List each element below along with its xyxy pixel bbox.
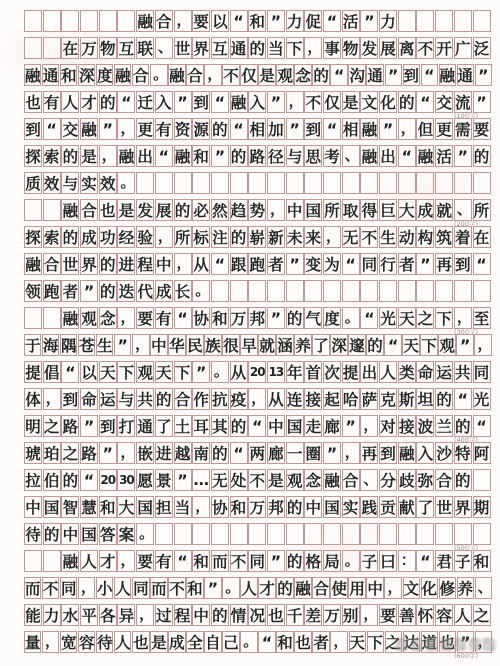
grid-cell: 到 bbox=[304, 118, 322, 140]
grid-row: 到“交融”，更有资源的“相加”到“相融”，但更需要 bbox=[24, 118, 492, 140]
grid-cell bbox=[211, 172, 229, 194]
grid-cell bbox=[43, 37, 61, 59]
grid-cell bbox=[248, 523, 266, 545]
grid-cell: 未 bbox=[286, 226, 304, 248]
grid-cell: ， bbox=[474, 334, 491, 356]
grid-cell: 作 bbox=[192, 388, 210, 410]
grid-cell bbox=[435, 10, 453, 32]
grid-cell: 融 bbox=[114, 64, 131, 86]
grid-row: 中国智慧和大国担当，协和万邦的中国实践贡献了世界期 bbox=[24, 496, 492, 518]
grid-cell: ” bbox=[267, 91, 285, 113]
grid-row: 质效与实效。 bbox=[24, 172, 492, 194]
grid-cell: 效 bbox=[99, 172, 117, 194]
row-cells: 于海隅苍生”，中华民族很早就涵养了深邃的“天下观”， bbox=[24, 334, 492, 356]
row-cells: 融合世界的进程中，从“跟跑者”变为“同行者”再到“ bbox=[24, 253, 492, 275]
grid-cell: 土 bbox=[174, 415, 192, 437]
grid-cell: 发 bbox=[360, 37, 378, 59]
grid-cell: 和 bbox=[186, 577, 203, 599]
grid-cell: 坦 bbox=[416, 388, 434, 410]
grid-cell: 和 bbox=[192, 145, 210, 167]
grid-cell: 国 bbox=[323, 496, 341, 518]
grid-cell: 也 bbox=[132, 631, 149, 653]
grid-cell bbox=[24, 10, 42, 32]
grid-cell: 的 bbox=[230, 226, 248, 248]
grid-cell bbox=[43, 199, 61, 221]
grid-cell bbox=[174, 523, 192, 545]
grid-cell: 宽 bbox=[60, 631, 77, 653]
grid-cell: 而 bbox=[24, 577, 41, 599]
grid-cell: 珀 bbox=[43, 442, 61, 464]
row-cells: 量，宽容待人也是成全自己。“和也者，天下之达道也”， bbox=[24, 631, 492, 653]
grid-cell: 和 bbox=[60, 64, 77, 86]
grid-cell: 度 bbox=[96, 64, 113, 86]
grid-cell: 行 bbox=[379, 253, 397, 275]
grid-cell: 献 bbox=[398, 496, 416, 518]
grid-cell: 接 bbox=[304, 388, 322, 410]
grid-cell: 分 bbox=[379, 469, 397, 491]
grid-cell: 大 bbox=[117, 496, 135, 518]
grid-cell: 不 bbox=[222, 64, 239, 86]
grid-cell: ” bbox=[174, 469, 192, 491]
grid-cell: 气 bbox=[304, 307, 322, 329]
grid-cell: 是 bbox=[117, 199, 135, 221]
grid-cell: ” bbox=[192, 361, 210, 383]
grid-cell: 通 bbox=[136, 415, 154, 437]
grid-cell: 沙 bbox=[435, 442, 453, 464]
grid-cell: ， bbox=[360, 604, 378, 626]
grid-cell: 到 bbox=[24, 118, 42, 140]
grid-cell: 命 bbox=[416, 361, 434, 383]
grid-cell: 的 bbox=[286, 496, 304, 518]
grid-cell: ” bbox=[267, 550, 285, 572]
grid-cell: 类 bbox=[398, 361, 416, 383]
grid-cell: 到 bbox=[99, 415, 117, 437]
grid-cell bbox=[454, 280, 472, 302]
grid-cell: “ bbox=[454, 388, 472, 410]
grid-cell: 。 bbox=[222, 577, 239, 599]
grid-cell: 物 bbox=[342, 37, 360, 59]
grid-cell: 平 bbox=[80, 604, 98, 626]
grid-cell: 的 bbox=[454, 415, 472, 437]
row-cells: 质效与实效。 bbox=[24, 172, 492, 194]
grid-cell: 的 bbox=[99, 280, 117, 302]
grid-cell: 邦 bbox=[267, 496, 285, 518]
grid-cell bbox=[473, 10, 491, 32]
grid-cell: ， bbox=[78, 577, 95, 599]
grid-cell: 界 bbox=[80, 253, 98, 275]
grid-cell: 融 bbox=[439, 64, 456, 86]
grid-cell bbox=[230, 280, 248, 302]
grid-cell: 有 bbox=[43, 91, 61, 113]
grid-cell bbox=[398, 523, 416, 545]
grid-cell: ” bbox=[267, 307, 285, 329]
grid-cell: 深 bbox=[78, 64, 95, 86]
grid-cell: 中 bbox=[192, 604, 210, 626]
grid-cell: 合 bbox=[80, 199, 98, 221]
grid-cell: 力 bbox=[43, 604, 61, 626]
row-cells: 到“交融”，更有资源的“相加”到“相融”，但更需要 bbox=[24, 118, 492, 140]
grid-cell: 之 bbox=[473, 604, 491, 626]
grid-cell: ” bbox=[456, 334, 473, 356]
grid-cell: 期 bbox=[473, 496, 491, 518]
grid-cell: ， bbox=[342, 442, 360, 464]
grid-cell: 族 bbox=[204, 334, 221, 356]
grid-cell: 索 bbox=[43, 145, 61, 167]
grid-cell: 克 bbox=[379, 388, 397, 410]
grid-cell: 新 bbox=[267, 226, 285, 248]
grid-cell: “ bbox=[258, 631, 275, 653]
grid-cell: 要 bbox=[136, 550, 154, 572]
grid-cell: 运 bbox=[435, 361, 453, 383]
grid-cell: 融 bbox=[168, 64, 185, 86]
grid-cell: 道 bbox=[421, 631, 438, 653]
grid-cell: 交 bbox=[61, 118, 79, 140]
grid-cell: “ bbox=[211, 253, 229, 275]
grid-cell: 从 bbox=[267, 388, 285, 410]
grid-cell: 合 bbox=[186, 64, 203, 86]
grid-row: 在万物互联、世界互通的当下，事物发展离不开广泛 bbox=[24, 37, 492, 59]
grid-cell bbox=[304, 172, 322, 194]
grid-cell: 念 bbox=[99, 307, 117, 329]
manuscript-sheet: 融合，要以“和”力促“活”力在万物互联、世界互通的当下，事物发展离不开广泛融通和… bbox=[0, 0, 500, 666]
grid-cell bbox=[398, 10, 416, 32]
grid-cell: 圈 bbox=[304, 442, 322, 464]
grid-cell: “ bbox=[117, 91, 135, 113]
grid-cell: 能 bbox=[24, 604, 42, 626]
grid-cell: 况 bbox=[248, 604, 266, 626]
grid-cell: 构 bbox=[416, 226, 434, 248]
grid-cell: 的 bbox=[366, 334, 383, 356]
grid-cell: 更 bbox=[136, 118, 154, 140]
grid-cell: 变 bbox=[304, 253, 322, 275]
grid-cell bbox=[192, 172, 210, 194]
grid-cell: 融 bbox=[323, 469, 341, 491]
grid-cell: 同 bbox=[60, 577, 77, 599]
grid-cell: 待 bbox=[96, 631, 113, 653]
grid-cell: ” bbox=[454, 145, 472, 167]
grid-cell: 趋 bbox=[230, 199, 248, 221]
grid-cell: 资 bbox=[174, 118, 192, 140]
grid-cell: 对 bbox=[379, 415, 397, 437]
row-cells: 融人才，要有“和而不同”的格局。子曰：“君子和 bbox=[24, 550, 492, 572]
grid-cell: 邦 bbox=[248, 307, 266, 329]
grid-cell: 连 bbox=[286, 388, 304, 410]
grid-cell: 广 bbox=[454, 37, 472, 59]
grid-cell: 萨 bbox=[360, 388, 378, 410]
grid-cell: ， bbox=[43, 388, 61, 410]
grid-cell: 和 bbox=[276, 631, 293, 653]
grid-cell bbox=[155, 523, 173, 545]
grid-cell: 需 bbox=[454, 118, 472, 140]
grid-cell: 仅 bbox=[240, 64, 257, 86]
grid-cell: ， bbox=[132, 334, 149, 356]
grid-cell: “ bbox=[473, 415, 491, 437]
grid-row: 融人才，要有“和而不同”的格局。子曰：“君子和 bbox=[24, 550, 492, 572]
grid-cell: 伯 bbox=[43, 469, 61, 491]
grid-cell: 与 bbox=[117, 388, 135, 410]
grid-cell bbox=[211, 523, 229, 545]
grid-cell: ， bbox=[192, 496, 210, 518]
grid-cell: 探 bbox=[24, 145, 42, 167]
grid-cell: “ bbox=[174, 307, 192, 329]
grid-cell: ， bbox=[330, 631, 347, 653]
grid-cell: 和 bbox=[248, 10, 266, 32]
grid-cell: 下 bbox=[367, 631, 384, 653]
grid-cell: 特 bbox=[454, 442, 472, 464]
grid-cell: 融 bbox=[61, 199, 79, 221]
grid-cell: 很 bbox=[222, 334, 239, 356]
grid-cell: “ bbox=[230, 10, 248, 32]
grid-cell: 筑 bbox=[435, 226, 453, 248]
grid-cell: 融 bbox=[174, 145, 192, 167]
grid-cell: 展 bbox=[155, 199, 173, 221]
grid-cell: 13 bbox=[267, 361, 285, 383]
grid-cell: 接 bbox=[398, 415, 416, 437]
grid-row: 探索的是，融出“融和”的路径与思考、融出“融活”的 bbox=[24, 145, 492, 167]
grid-cell: 力 bbox=[286, 10, 304, 32]
grid-cell: “ bbox=[416, 91, 434, 113]
grid-cell: 有 bbox=[155, 550, 173, 572]
grid-cell: 人 bbox=[114, 577, 131, 599]
grid-cell: ， bbox=[117, 118, 135, 140]
grid-cell: 物 bbox=[99, 37, 117, 59]
grid-row: 融合世界的进程中，从“跟跑者”变为“同行者”再到“ bbox=[24, 253, 492, 275]
grid-cell: 到 bbox=[403, 64, 420, 86]
grid-cell: 跟 bbox=[230, 253, 248, 275]
grid-cell: 路 bbox=[61, 415, 79, 437]
grid-cell: 观 bbox=[80, 307, 98, 329]
grid-cell: 协 bbox=[192, 307, 210, 329]
grid-cell: ” bbox=[99, 118, 117, 140]
grid-cell: 下 bbox=[117, 361, 135, 383]
grid-cell bbox=[473, 469, 491, 491]
grid-cell bbox=[267, 280, 285, 302]
grid-cell: 愿 bbox=[136, 469, 154, 491]
grid-row: 量，宽容待人也是成全自己。“和也者，天下之达道也”，(600字) bbox=[24, 631, 492, 653]
grid-cell: 者 bbox=[312, 631, 329, 653]
grid-cell: 才 bbox=[258, 577, 275, 599]
grid-cell: 界 bbox=[192, 37, 210, 59]
grid-row: 而不同，小人同而不和”。人才的融合使用中，文化修养、 bbox=[24, 577, 492, 599]
grid-cell: 也 bbox=[99, 199, 117, 221]
grid-cell: 为 bbox=[323, 253, 341, 275]
grid-cell: 成 bbox=[416, 199, 434, 221]
grid-cell: 答 bbox=[99, 523, 117, 545]
grid-cell bbox=[248, 172, 266, 194]
grid-cell: 世 bbox=[174, 37, 192, 59]
grid-cell: ” bbox=[114, 334, 131, 356]
grid-cell: 和 bbox=[473, 550, 491, 572]
grid-cell: ， bbox=[360, 415, 378, 437]
row-cells: 待的中国答案。 bbox=[24, 523, 492, 545]
grid-cell: 同 bbox=[132, 577, 149, 599]
grid-cell bbox=[342, 280, 360, 302]
grid-cell: 离 bbox=[398, 37, 416, 59]
grid-cell: 中 bbox=[150, 334, 167, 356]
grid-cell: 与 bbox=[286, 145, 304, 167]
grid-cell bbox=[24, 550, 42, 572]
row-cells: 能力水平各异，过程中的情况也千差万别，要善怀容人之 bbox=[24, 604, 492, 626]
grid-cell: 融 bbox=[416, 145, 434, 167]
grid-cell: 的 bbox=[211, 442, 229, 464]
grid-row: 融合也是发展的必然趋势，中国所取得巨大成就、所(200字) bbox=[24, 199, 492, 221]
grid-cell: 20 bbox=[248, 361, 266, 383]
grid-cell: 相 bbox=[342, 118, 360, 140]
grid-cell: 以 bbox=[80, 361, 98, 383]
grid-cell: 观 bbox=[136, 361, 154, 383]
grid-cell: 当 bbox=[267, 37, 285, 59]
grid-cell: 迭 bbox=[117, 280, 135, 302]
grid-cell: 怀 bbox=[416, 604, 434, 626]
grid-cell: 得 bbox=[360, 199, 378, 221]
grid-cell: 的 bbox=[473, 145, 491, 167]
grid-cell: 波 bbox=[416, 415, 434, 437]
grid-cell: 探 bbox=[24, 226, 42, 248]
grid-cell: 思 bbox=[304, 145, 322, 167]
grid-cell: 命 bbox=[80, 388, 98, 410]
grid-cell: “ bbox=[155, 145, 173, 167]
grid-cell: 修 bbox=[439, 577, 456, 599]
grid-cell bbox=[360, 523, 378, 545]
grid-cell: 者 bbox=[398, 253, 416, 275]
grid-cell: “ bbox=[342, 253, 360, 275]
grid-cell: 提 bbox=[24, 361, 42, 383]
grid-cell: 生 bbox=[96, 334, 113, 356]
grid-cell: 合 bbox=[43, 253, 61, 275]
grid-cell: ” bbox=[174, 91, 192, 113]
grid-cell: 合 bbox=[435, 469, 453, 491]
grid-cell: “ bbox=[211, 91, 229, 113]
row-cells: 融通和深度融合。融合，不仅是观念的“沟通”到“融通” bbox=[24, 64, 492, 86]
grid-cell: ， bbox=[475, 631, 492, 653]
grid-cell: 运 bbox=[99, 388, 117, 410]
grid-cell: 文 bbox=[360, 91, 378, 113]
grid-cell: 是 bbox=[150, 631, 167, 653]
grid-cell: 之 bbox=[416, 307, 434, 329]
grid-cell: 融 bbox=[360, 145, 378, 167]
grid-cell: 入 bbox=[248, 91, 266, 113]
grid-cell: ， bbox=[286, 91, 304, 113]
grid-cell: 领 bbox=[24, 280, 42, 302]
grid-cell: 的 bbox=[174, 199, 192, 221]
grid-cell: ” bbox=[211, 145, 229, 167]
grid-cell: 下 bbox=[286, 37, 304, 59]
grid-cell: 中 bbox=[61, 523, 79, 545]
grid-cell: 各 bbox=[99, 604, 117, 626]
grid-cell: 国 bbox=[304, 199, 322, 221]
grid-cell: 的 bbox=[276, 577, 293, 599]
grid-cell bbox=[230, 523, 248, 545]
grid-cell: 生 bbox=[379, 226, 397, 248]
grid-cell: 观 bbox=[276, 64, 293, 86]
grid-cell: 中 bbox=[286, 199, 304, 221]
grid-cell bbox=[174, 172, 192, 194]
grid-cell: 、 bbox=[475, 577, 492, 599]
grid-cell: 质 bbox=[24, 172, 42, 194]
grid-cell: 无 bbox=[342, 226, 360, 248]
grid-cell: 人 bbox=[379, 361, 397, 383]
grid-row: 拉伯的“2030愿景”…无处不是观念融合、分歧弥合的 bbox=[24, 469, 492, 491]
grid-cell: 到 bbox=[192, 91, 210, 113]
grid-cell: ， bbox=[42, 631, 59, 653]
grid-cell bbox=[435, 280, 453, 302]
grid-cell: 动 bbox=[398, 226, 416, 248]
grid-cell: 至 bbox=[473, 307, 491, 329]
grid-cell bbox=[192, 523, 210, 545]
grid-cell: 从 bbox=[230, 361, 248, 383]
grid-cell: 相 bbox=[248, 118, 266, 140]
grid-cell: 出 bbox=[360, 361, 378, 383]
grid-cell: 世 bbox=[61, 253, 79, 275]
grid-cell: 之 bbox=[61, 442, 79, 464]
grid-cell: 到 bbox=[454, 253, 472, 275]
grid-cell: 20 bbox=[99, 469, 117, 491]
grid-cell: ， bbox=[323, 226, 341, 248]
grid-cell: 合 bbox=[342, 469, 360, 491]
grid-cell bbox=[267, 172, 285, 194]
grid-cell: 通 bbox=[42, 64, 59, 86]
grid-cell: 的 bbox=[312, 64, 329, 86]
grid-cell: 交 bbox=[435, 91, 453, 113]
grid-cell: “ bbox=[43, 118, 61, 140]
grid-cell: 以 bbox=[211, 10, 229, 32]
grid-cell: 、 bbox=[155, 37, 173, 59]
grid-cell: 格 bbox=[304, 550, 322, 572]
grid-cell bbox=[211, 280, 229, 302]
grid-cell: “ bbox=[230, 442, 248, 464]
row-cells: 提倡“以天下观天下”。从2013年首次提出人类命运共同 bbox=[24, 361, 492, 383]
grid-cell: 大 bbox=[398, 199, 416, 221]
grid-cell: 明 bbox=[24, 415, 42, 437]
grid-cell: 所 bbox=[323, 199, 341, 221]
grid-cell bbox=[473, 523, 491, 545]
grid-cell: 。 bbox=[240, 631, 257, 653]
grid-cell: 别 bbox=[342, 604, 360, 626]
grid-cell: 局 bbox=[323, 550, 341, 572]
grid-cell: ， bbox=[155, 226, 173, 248]
grid-cell: 但 bbox=[416, 118, 434, 140]
row-cells: 而不同，小人同而不和”。人才的融合使用中，文化修养、 bbox=[24, 577, 492, 599]
grid-cell: ” bbox=[323, 442, 341, 464]
grid-cell: ” bbox=[80, 280, 98, 302]
grid-cell: 的 bbox=[230, 415, 248, 437]
grid-cell: 人 bbox=[454, 604, 472, 626]
grid-cell: 注 bbox=[211, 226, 229, 248]
grid-cell: ， bbox=[117, 307, 135, 329]
grid-cell bbox=[230, 172, 248, 194]
grid-cell bbox=[24, 37, 42, 59]
grid-cell: 倡 bbox=[43, 361, 61, 383]
grid-cell: 量 bbox=[24, 631, 41, 653]
grid-cell: 在 bbox=[61, 37, 79, 59]
grid-cell: “ bbox=[174, 550, 192, 572]
grid-cell: 次 bbox=[323, 361, 341, 383]
grid-cell: 嵌 bbox=[136, 442, 154, 464]
grid-cell: 融 bbox=[61, 550, 79, 572]
grid-cell: 入 bbox=[155, 91, 173, 113]
grid-cell: 善 bbox=[398, 604, 416, 626]
grid-cell: 民 bbox=[186, 334, 203, 356]
grid-cell: 人 bbox=[80, 550, 98, 572]
grid-cell: 到 bbox=[61, 388, 79, 410]
grid-cell: 了 bbox=[416, 496, 434, 518]
grid-cell bbox=[379, 523, 397, 545]
grid-cell: 首 bbox=[304, 361, 322, 383]
grid-cell: 出 bbox=[136, 145, 154, 167]
grid-cell: 源 bbox=[192, 118, 210, 140]
grid-cell bbox=[398, 172, 416, 194]
grid-cell: 泛 bbox=[473, 37, 491, 59]
